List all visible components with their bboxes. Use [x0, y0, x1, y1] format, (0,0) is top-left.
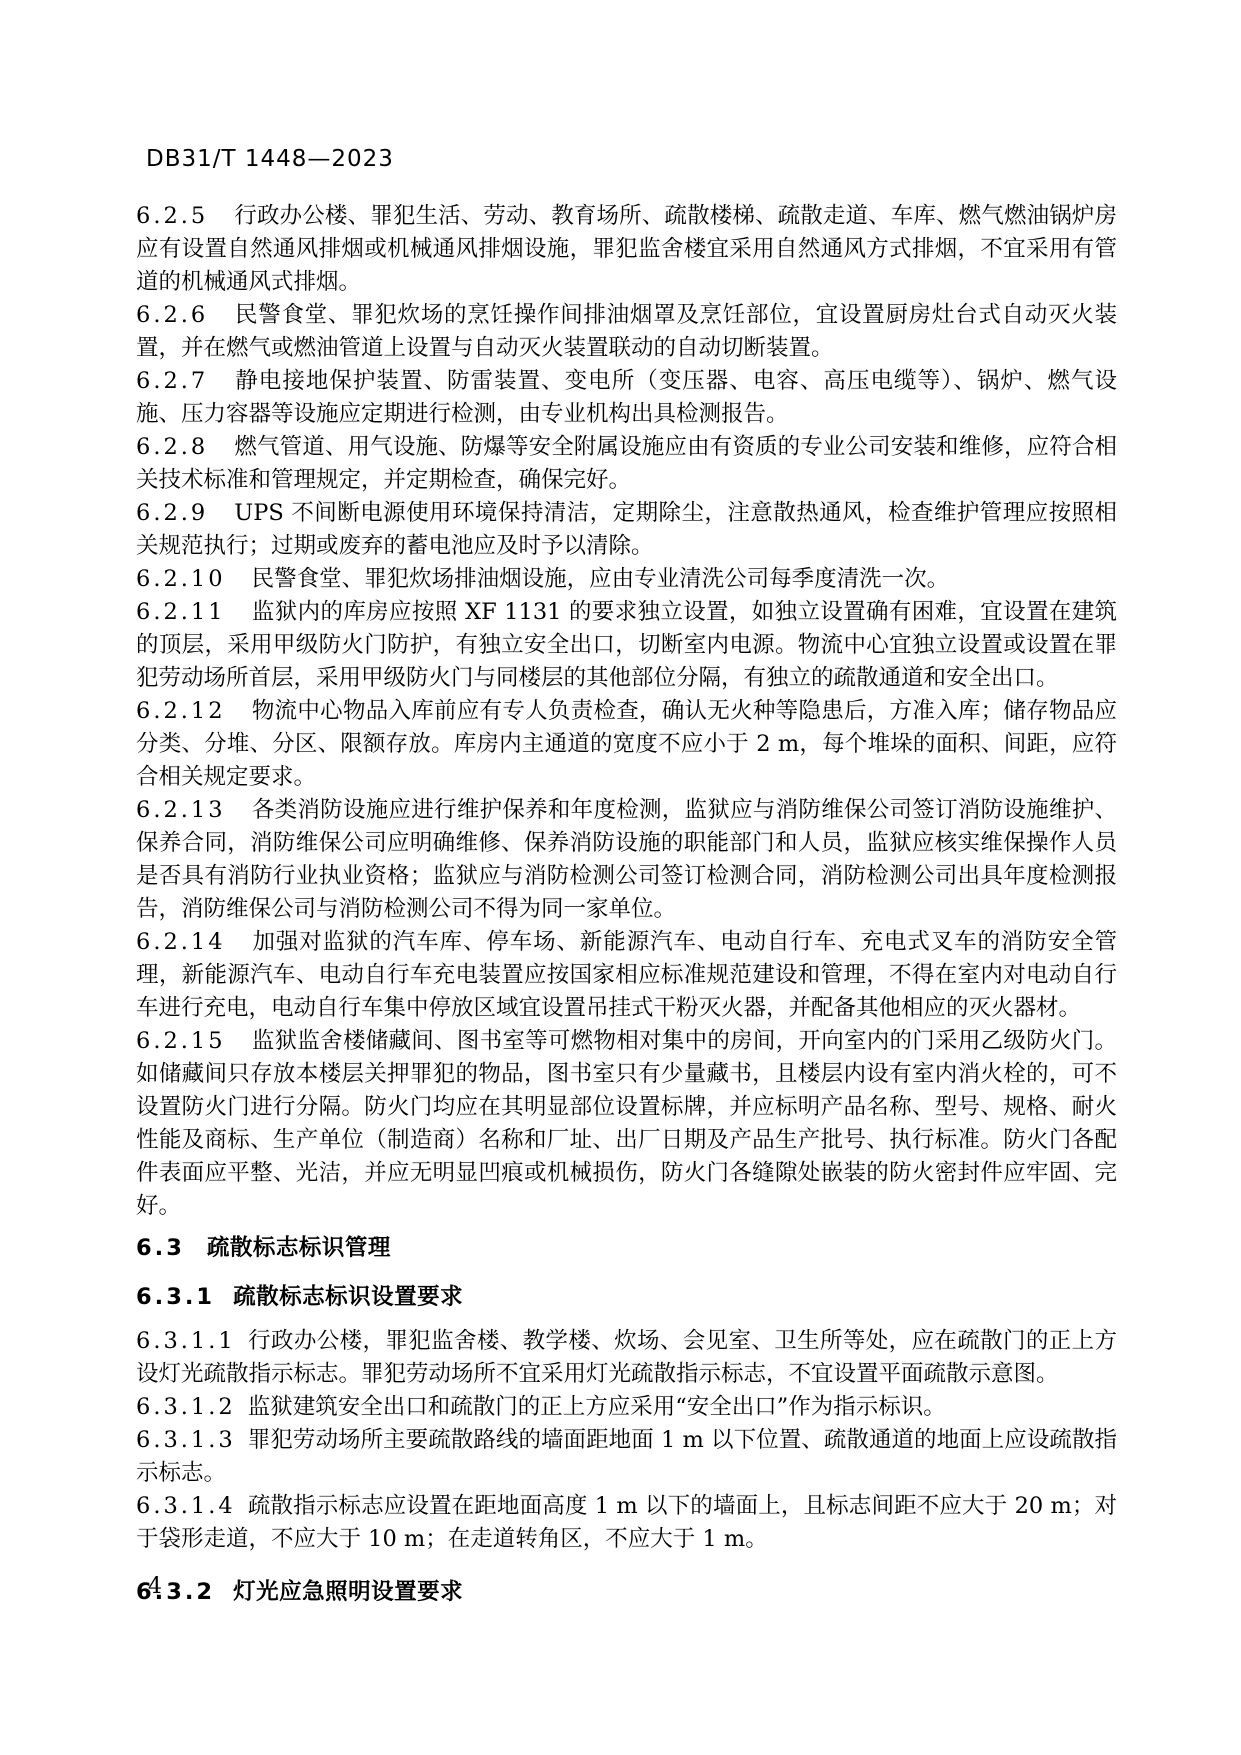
clause-text: 民警食堂、罪犯炊场的烹饪操作间排油烟罩及烹饪部位，宜设置厨房灶台式自动灭火装置，…	[136, 302, 1117, 361]
clause-number: 6.2.5	[136, 203, 208, 229]
clause-text: 监狱监舍楼储藏间、图书室等可燃物相对集中的房间，开向室内的门采用乙级防火门。如储…	[136, 1028, 1117, 1219]
clause-number: 6.2.8	[136, 434, 208, 460]
heading-text: 灯光应急照明设置要求	[233, 1579, 463, 1605]
clause-6-2-15: 6.2.15监狱监舍楼储藏间、图书室等可燃物相对集中的房间，开向室内的门采用乙级…	[136, 1025, 1117, 1223]
clause-text: UPS 不间断电源使用环境保持清洁，定期除尘，注意散热通风，检查维护管理应按照相…	[136, 500, 1117, 559]
clause-6-2-5: 6.2.5行政办公楼、罪犯生活、劳动、教育场所、疏散楼梯、疏散走道、车库、燃气燃…	[136, 200, 1117, 299]
section-heading-6-3-1: 6.3.1疏散标志标识设置要求	[136, 1281, 1117, 1314]
heading-number: 6.3.1	[136, 1284, 215, 1310]
clause-number: 6.3.1.2	[136, 1394, 236, 1420]
clause-number: 6.3.1.1	[136, 1328, 236, 1354]
doc-number-header: DB31/T 1448—2023	[146, 146, 394, 172]
clause-number: 6.3.1.3	[136, 1427, 236, 1453]
clause-text: 加强对监狱的汽车库、停车场、新能源汽车、电动自行车、充电式叉车的消防安全管理，新…	[136, 929, 1117, 1021]
clause-number: 6.2.7	[136, 368, 208, 394]
clause-text: 静电接地保护装置、防雷装置、变电所（变压器、电容、高压电缆等）、锅炉、燃气设施、…	[136, 368, 1117, 427]
clause-number: 6.2.13	[136, 797, 226, 823]
heading-text: 疏散标志标识管理	[207, 1235, 391, 1261]
clause-6-3-1-3: 6.3.1.3罪犯劳动场所主要疏散路线的墙面距地面 1 m 以下位置、疏散通道的…	[136, 1424, 1117, 1490]
clause-number: 6.2.6	[136, 302, 208, 328]
clause-text: 行政办公楼、罪犯生活、劳动、教育场所、疏散楼梯、疏散走道、车库、燃气燃油锅炉房应…	[136, 203, 1117, 295]
clause-number: 6.2.14	[136, 929, 226, 955]
clause-text: 监狱建筑安全出口和疏散门的正上方应采用“安全出口”作为指示标识。	[248, 1394, 946, 1420]
clause-number: 6.3.1.4	[136, 1493, 236, 1519]
clause-number: 6.2.11	[136, 599, 226, 625]
clause-6-2-10: 6.2.10民警食堂、罪犯炊场排油烟设施，应由专业清洗公司每季度清洗一次。	[136, 563, 1117, 596]
clause-6-2-7: 6.2.7静电接地保护装置、防雷装置、变电所（变压器、电容、高压电缆等）、锅炉、…	[136, 365, 1117, 431]
document-content: 6.2.5行政办公楼、罪犯生活、劳动、教育场所、疏散楼梯、疏散走道、车库、燃气燃…	[136, 200, 1117, 1609]
clause-6-3-1-1: 6.3.1.1行政办公楼，罪犯监舍楼、教学楼、炊场、会见室、卫生所等处，应在疏散…	[136, 1325, 1117, 1391]
page-number: 4	[148, 1574, 162, 1599]
clause-6-2-13: 6.2.13各类消防设施应进行维护保养和年度检测，监狱应与消防维保公司签订消防设…	[136, 794, 1117, 926]
heading-number: 6.3	[136, 1235, 185, 1261]
clause-text: 燃气管道、用气设施、防爆等安全附属设施应由有资质的专业公司安装和维修，应符合相关…	[136, 434, 1117, 493]
clause-number: 6.2.15	[136, 1028, 226, 1054]
clause-text: 行政办公楼，罪犯监舍楼、教学楼、炊场、会见室、卫生所等处，应在疏散门的正上方设灯…	[136, 1328, 1117, 1387]
clause-text: 疏散指示标志应设置在距地面高度 1 m 以下的墙面上，且标志间距不应大于 20 …	[136, 1493, 1117, 1552]
clause-6-2-12: 6.2.12物流中心物品入库前应有专人负责检查，确认无火种等隐患后，方准入库；储…	[136, 695, 1117, 794]
section-heading-6-3-2: 6.3.2灯光应急照明设置要求	[136, 1576, 1117, 1609]
clause-text: 罪犯劳动场所主要疏散路线的墙面距地面 1 m 以下位置、疏散通道的地面上应设疏散…	[136, 1427, 1117, 1486]
heading-text: 疏散标志标识设置要求	[233, 1284, 463, 1310]
clause-6-2-9: 6.2.9UPS 不间断电源使用环境保持清洁，定期除尘，注意散热通风，检查维护管…	[136, 497, 1117, 563]
document-page: DB31/T 1448—2023 6.2.5行政办公楼、罪犯生活、劳动、教育场所…	[0, 0, 1241, 1755]
clause-6-2-8: 6.2.8燃气管道、用气设施、防爆等安全附属设施应由有资质的专业公司安装和维修，…	[136, 431, 1117, 497]
clause-6-2-6: 6.2.6民警食堂、罪犯炊场的烹饪操作间排油烟罩及烹饪部位，宜设置厨房灶台式自动…	[136, 299, 1117, 365]
clause-text: 物流中心物品入库前应有专人负责检查，确认无火种等隐患后，方准入库；储存物品应分类…	[136, 698, 1117, 790]
clause-text: 民警食堂、罪犯炊场排油烟设施，应由专业清洗公司每季度清洗一次。	[252, 566, 950, 592]
clause-6-2-11: 6.2.11监狱内的库房应按照 XF 1131 的要求独立设置，如独立设置确有困…	[136, 596, 1117, 695]
clause-6-2-14: 6.2.14加强对监狱的汽车库、停车场、新能源汽车、电动自行车、充电式叉车的消防…	[136, 926, 1117, 1025]
clause-6-3-1-2: 6.3.1.2监狱建筑安全出口和疏散门的正上方应采用“安全出口”作为指示标识。	[136, 1391, 1117, 1424]
clause-text: 各类消防设施应进行维护保养和年度检测，监狱应与消防维保公司签订消防设施维护、保养…	[136, 797, 1117, 922]
clause-number: 6.2.9	[136, 500, 208, 526]
clause-text: 监狱内的库房应按照 XF 1131 的要求独立设置，如独立设置确有困难，宜设置在…	[136, 599, 1117, 691]
section-heading-6-3: 6.3疏散标志标识管理	[136, 1232, 1117, 1265]
clause-number: 6.2.10	[136, 566, 226, 592]
clause-6-3-1-4: 6.3.1.4疏散指示标志应设置在距地面高度 1 m 以下的墙面上，且标志间距不…	[136, 1490, 1117, 1556]
clause-number: 6.2.12	[136, 698, 226, 724]
